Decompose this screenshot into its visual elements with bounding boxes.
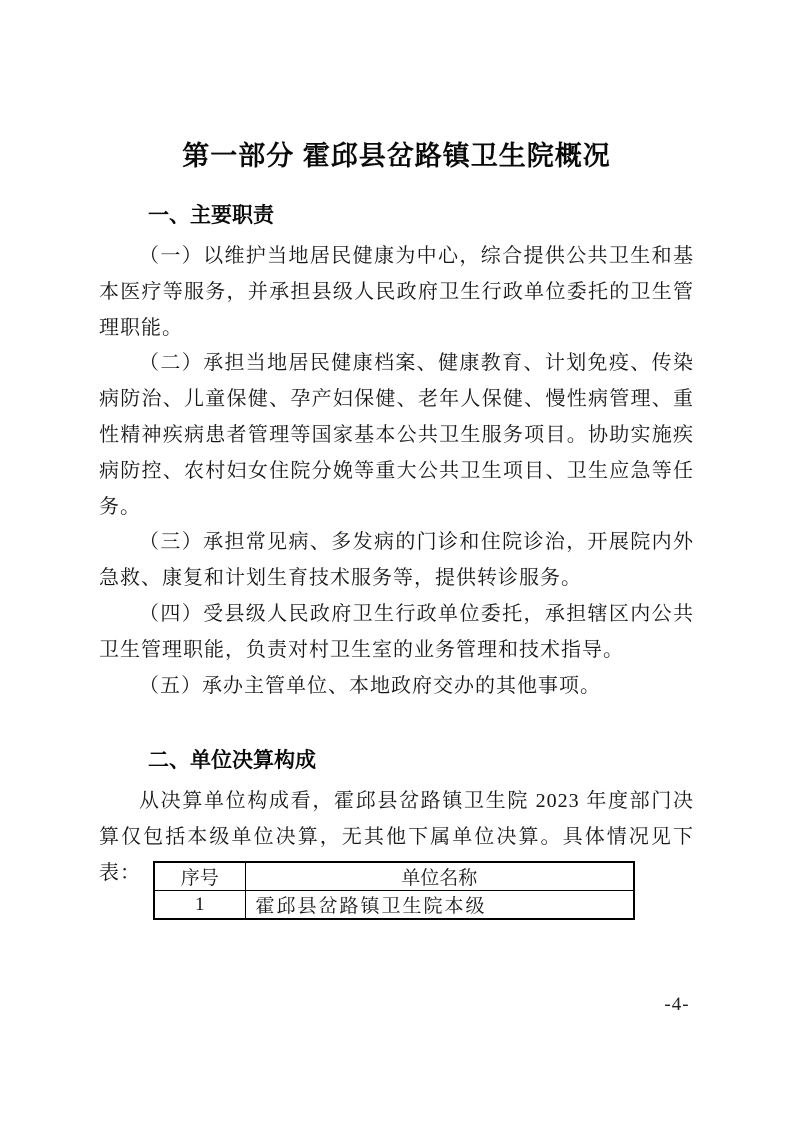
document-page: 第一部分 霍邱县岔路镇卫生院概况 一、主要职责 （一）以维护当地居民健康为中心，… [0, 0, 793, 1122]
paragraph-duty-3: （三）承担常见病、多发病的门诊和住院诊治，开展院内外急救、康复和计划生育技术服务… [99, 525, 694, 597]
paragraph-duty-5: （五）承办主管单位、本地政府交办的其他事项。 [99, 669, 694, 705]
table-cell-serial-number: 1 [154, 891, 245, 920]
section-heading-main-duties: 一、主要职责 [99, 200, 694, 232]
paragraph-duty-2: （二）承担当地居民健康档案、健康教育、计划免疫、传染病防治、儿童保健、孕产妇保健… [99, 346, 694, 525]
table-header-unit-name: 单位名称 [245, 862, 634, 891]
page-number: -4- [659, 994, 695, 1016]
table-header-row: 序号 单位名称 [154, 862, 634, 891]
section-body-main-duties: （一）以维护当地居民健康为中心，综合提供公共卫生和基本医疗等服务，并承担县级人民… [99, 239, 694, 704]
unit-composition-table: 序号 单位名称 1 霍邱县岔路镇卫生院本级 [153, 861, 635, 920]
paragraph-duty-4: （四）受县级人民政府卫生行政单位委托，承担辖区内公共卫生管理职能，负责对村卫生室… [99, 597, 694, 669]
table-header-serial-number: 序号 [154, 862, 245, 891]
document-title: 第一部分 霍邱县岔路镇卫生院概况 [0, 136, 793, 176]
table-row: 1 霍邱县岔路镇卫生院本级 [154, 891, 634, 920]
section-heading-unit-composition: 二、单位决算构成 [99, 745, 694, 777]
table-cell-unit-name: 霍邱县岔路镇卫生院本级 [245, 891, 634, 920]
paragraph-duty-1: （一）以维护当地居民健康为中心，综合提供公共卫生和基本医疗等服务，并承担县级人民… [99, 239, 694, 346]
